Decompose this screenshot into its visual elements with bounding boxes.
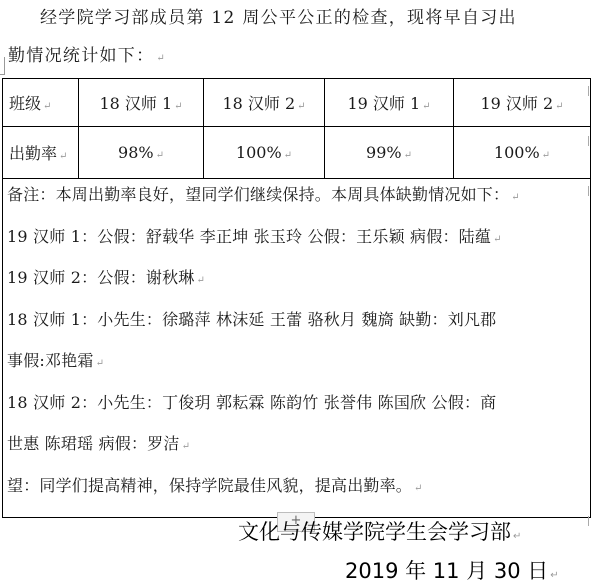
paragraph-mark-icon: ↵ [156,53,164,64]
paragraph-mark-icon: ↵ [414,483,422,494]
rate-cell[interactable]: 98%↵ [79,127,204,179]
rate-value: 98% [118,143,154,162]
rate-cell[interactable]: 100%↵ [454,127,591,179]
organization-signature: 文化与传媒学院学生会学习部↵ [238,519,521,550]
paragraph-mark-icon: ↵ [555,101,563,112]
paragraph-mark-icon: ↵ [513,531,521,542]
paragraph-mark-icon: ↵ [197,275,205,286]
note-line: 19 汉师 1：公假：舒载华 李正坤 张玉玲 公假：王乐颖 病假：陆蕴↵ [7,227,586,247]
intro-text-1: 经学院学习部成员第 12 周公平公正的检查，现将早自习出 [40,8,517,28]
rate-cell[interactable]: 100%↵ [204,127,325,179]
notes-row: 备注：本周出勤率良好，望同学们继续保持。本周具体缺勤情况如下：↵ 19 汉师 1… [3,179,591,518]
class-name: 19 汉师 1 [347,94,420,113]
paragraph-mark-icon: ↵ [422,101,430,112]
rate-header-label: 出勤率 [9,144,57,163]
class-name: 19 汉师 2 [480,94,553,113]
rate-row: 出勤率↵ 98%↵ 100%↵ 99%↵ 100%↵ [3,127,591,179]
intro-text-2: 勤情况统计如下： [8,46,154,66]
organization-name: 文化与传媒学院学生会学习部 [238,520,511,544]
class-cell[interactable]: 18 汉师 2↵ [204,79,325,127]
paragraph-mark-icon: ↵ [511,192,519,203]
note-line: 事假:邓艳霜↵ [7,351,586,371]
paragraph-mark-icon: ↵ [59,151,67,162]
rate-header-cell[interactable]: 出勤率↵ [3,127,79,179]
paragraph-mark-icon: ↵ [96,358,104,369]
paragraph-mark-icon: ↵ [284,150,292,161]
signature-date: 2019 年 11 月 30 日↵ [345,558,559,586]
paragraph-mark-icon: ↵ [550,570,558,581]
class-cell[interactable]: 19 汉师 1↵ [325,79,454,127]
date-text: 2019 年 11 月 30 日 [345,559,548,583]
note-line: 世惠 陈珺瑶 病假：罗洁↵ [7,434,586,454]
intro-line-1: 经学院学习部成员第 12 周公平公正的检查，现将早自习出 [40,7,517,29]
class-name: 18 汉师 2 [222,94,295,113]
paragraph-mark-icon: ↵ [542,150,550,161]
attendance-table: 班级↵ 18 汉师 1↵ 18 汉师 2↵ 19 汉师 1↵ 19 汉师 2↵ … [2,78,591,518]
rate-value: 100% [236,143,282,162]
class-name: 18 汉师 1 [99,94,172,113]
notes-cell[interactable]: 备注：本周出勤率良好，望同学们继续保持。本周具体缺勤情况如下：↵ 19 汉师 1… [3,179,591,518]
class-cell[interactable]: 18 汉师 1↵ [79,79,204,127]
note-line: 18 汉师 2：小先生：丁俊玥 郭耘霖 陈韵竹 张誉伟 陈国欣 公假：商 [7,393,586,413]
paragraph-corner-mark [0,57,5,75]
note-line: 19 汉师 2：公假：谢秋琳↵ [7,268,586,288]
note-line: 18 汉师 1：小先生：徐璐萍 林沫延 王蕾 骆秋月 魏旖 缺勤：刘凡郡 [7,310,586,330]
paragraph-mark-icon: ↵ [174,101,182,112]
row-end-marker [588,186,592,196]
class-header-cell[interactable]: 班级↵ [3,79,79,127]
paragraph-mark-icon: ↵ [156,150,164,161]
paragraph-mark-icon: ↵ [493,234,501,245]
row-end-marker [588,136,592,146]
class-cell[interactable]: 19 汉师 2↵ [454,79,591,127]
note-line: 备注：本周出勤率良好，望同学们继续保持。本周具体缺勤情况如下：↵ [7,185,586,205]
rate-cell[interactable]: 99%↵ [325,127,454,179]
paragraph-mark-icon: ↵ [404,150,412,161]
class-header-label: 班级 [9,94,41,113]
row-end-marker [588,516,592,526]
paragraph-mark-icon: ↵ [43,101,51,112]
intro-line-2: 勤情况统计如下：↵ [8,45,165,70]
document-page: 经学院学习部成员第 12 周公平公正的检查，现将早自习出 勤情况统计如下：↵ 班… [0,0,592,586]
class-row: 班级↵ 18 汉师 1↵ 18 汉师 2↵ 19 汉师 1↵ 19 汉师 2↵ [3,79,591,127]
rate-value: 100% [494,143,540,162]
paragraph-mark-icon: ↵ [182,441,190,452]
row-end-marker [588,86,592,96]
paragraph-mark-icon: ↵ [297,101,305,112]
note-line: 望：同学们提高精神，保持学院最佳风貌，提高出勤率。↵ [7,476,586,496]
rate-value: 99% [366,143,402,162]
